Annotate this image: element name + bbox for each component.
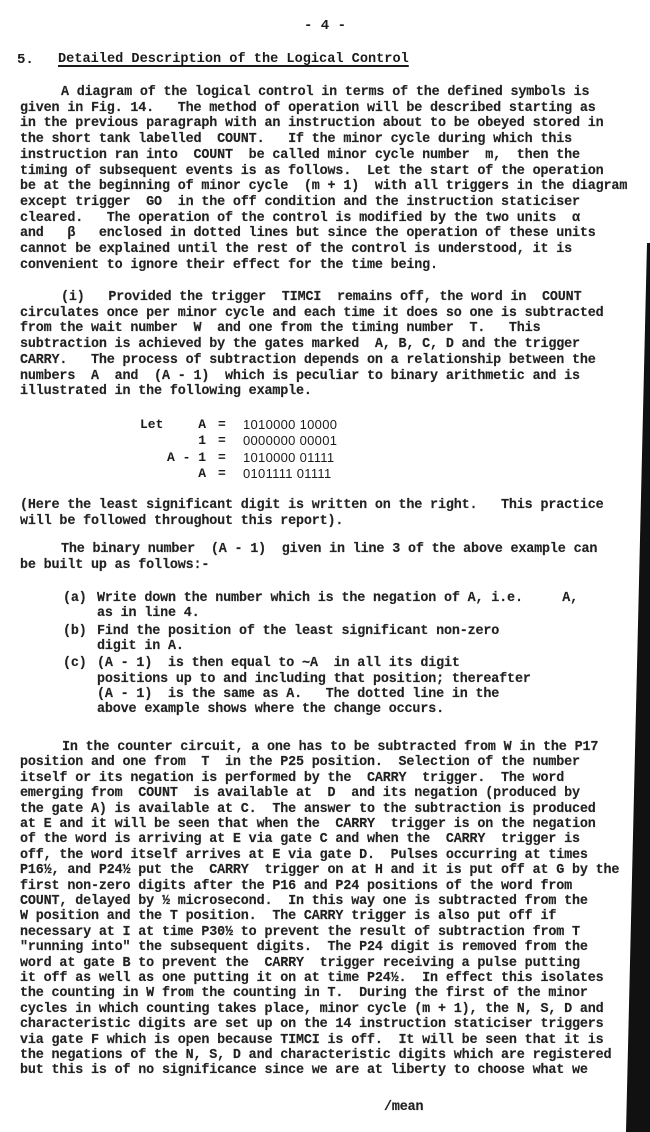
text-line: (i) Provided the trigger TIMCI remains o… bbox=[61, 290, 581, 305]
text-line: cleared. The operation of the control is… bbox=[20, 211, 580, 226]
step-line: as in line 4. bbox=[97, 606, 200, 621]
text-line: emerging from COUNT is available at D an… bbox=[20, 786, 580, 801]
text-line: circulates once per minor cycle and each… bbox=[20, 306, 604, 321]
example-label: A - 1 bbox=[150, 450, 206, 465]
page-number: - 4 - bbox=[0, 18, 650, 34]
text-line: first non-zero digits after the P16 and … bbox=[20, 879, 572, 894]
example-label: A bbox=[150, 466, 206, 481]
example-equals: = bbox=[218, 466, 226, 481]
step-line: (A - 1) is then equal to ∼A in all its d… bbox=[97, 656, 460, 671]
text-line: be at the beginning of minor cycle (m + … bbox=[20, 179, 627, 194]
text-line: In the counter circuit, a one has to be … bbox=[62, 740, 598, 755]
example-label: 1 bbox=[150, 433, 206, 448]
text-line: the negations of the N, S, D and charact… bbox=[20, 1048, 611, 1063]
text-line: illustrated in the following example. bbox=[20, 384, 312, 399]
text-line: will be followed throughout this report)… bbox=[20, 514, 343, 529]
example-equals: = bbox=[218, 450, 226, 465]
text-line: numbers A and (A - 1) which is peculiar … bbox=[20, 369, 580, 384]
text-line: The binary number (A - 1) given in line … bbox=[61, 542, 597, 557]
text-line: from the wait number W and one from the … bbox=[20, 321, 540, 336]
text-line: off, the word itself arrives at E via ga… bbox=[20, 848, 588, 863]
step-marker: (a) bbox=[63, 591, 87, 606]
text-line: via gate F which is open because TIMCI i… bbox=[20, 1033, 604, 1048]
text-line: itself or its negation is performed by t… bbox=[20, 771, 564, 786]
text-line: cycles in which counting takes place, mi… bbox=[20, 1002, 604, 1017]
step-line: (A - 1) is the same as A. The dotted lin… bbox=[97, 687, 499, 702]
text-line: convenient to ignore their effect for th… bbox=[20, 258, 438, 273]
step-marker: (b) bbox=[63, 624, 87, 639]
example-equals: = bbox=[218, 433, 226, 448]
text-line: given in Fig. 14. The method of operatio… bbox=[20, 101, 596, 116]
text-line: P16½, and P24½ put the CARRY trigger on … bbox=[20, 863, 619, 878]
text-line: and β enclosed in dotted lines but since… bbox=[20, 226, 596, 241]
text-line: of the word is arriving at E via gate C … bbox=[20, 832, 580, 847]
text-line: the short tank labelled COUNT. If the mi… bbox=[20, 132, 572, 147]
document-page: - 4 - 5. Detailed Description of the Log… bbox=[0, 0, 650, 1132]
text-line: instruction ran into COUNT be called min… bbox=[20, 148, 580, 163]
text-line: characteristic digits are set up on the … bbox=[20, 1017, 604, 1032]
example-label: A bbox=[150, 417, 206, 432]
section-title: Detailed Description of the Logical Cont… bbox=[58, 52, 409, 67]
text-line: "running into" the subsequent digits. Th… bbox=[20, 940, 588, 955]
text-line: the gate A) is available at C. The answe… bbox=[20, 802, 596, 817]
text-line: at E and it will be seen that when the C… bbox=[20, 817, 596, 832]
text-line: COUNT, delayed by ½ microsecond. In this… bbox=[20, 894, 588, 909]
example-value: 1010000 10000 bbox=[243, 417, 337, 432]
text-line: CARRY. The process of subtraction depend… bbox=[20, 353, 596, 368]
step-line: Find the position of the least significa… bbox=[97, 624, 499, 639]
text-line: word at gate B to prevent the CARRY trig… bbox=[20, 956, 580, 971]
text-line: necessary at I at time P30½ to prevent t… bbox=[20, 925, 580, 940]
step-line: digit in A. bbox=[97, 639, 184, 654]
text-line: but this is of no significance since we … bbox=[20, 1063, 588, 1078]
example-value: 1010000 01111 bbox=[243, 450, 334, 465]
text-line: except trigger GO in the off condition a… bbox=[20, 195, 580, 210]
text-line: it off as well as one putting it on at t… bbox=[20, 971, 604, 986]
example-value: 0101111 01111 bbox=[243, 466, 331, 481]
step-marker: (c) bbox=[63, 656, 87, 671]
step-line: positions up to and including that posit… bbox=[97, 672, 531, 687]
text-line: (Here the least significant digit is wri… bbox=[20, 498, 604, 513]
text-line: position and one from T in the P25 posit… bbox=[20, 755, 580, 770]
text-line: cannot be explained until the rest of th… bbox=[20, 242, 572, 257]
step-line: Write down the number which is the negat… bbox=[97, 591, 578, 606]
text-line: be built up as follows:- bbox=[20, 558, 209, 573]
catchword: /mean bbox=[384, 1100, 423, 1115]
step-line: above example shows where the change occ… bbox=[97, 702, 444, 717]
example-value: 0000000 00001 bbox=[243, 433, 337, 448]
text-line: timing of subsequent events is as follow… bbox=[20, 164, 604, 179]
text-line: A diagram of the logical control in term… bbox=[61, 85, 589, 100]
section-number: 5. bbox=[17, 52, 34, 68]
text-line: the counting in W from the counting in T… bbox=[20, 986, 588, 1001]
text-line: W position and the T position. The CARRY… bbox=[20, 909, 556, 924]
text-line: subtraction is achieved by the gates mar… bbox=[20, 337, 580, 352]
text-line: in the previous paragraph with an instru… bbox=[20, 116, 604, 131]
example-equals: = bbox=[218, 417, 226, 432]
